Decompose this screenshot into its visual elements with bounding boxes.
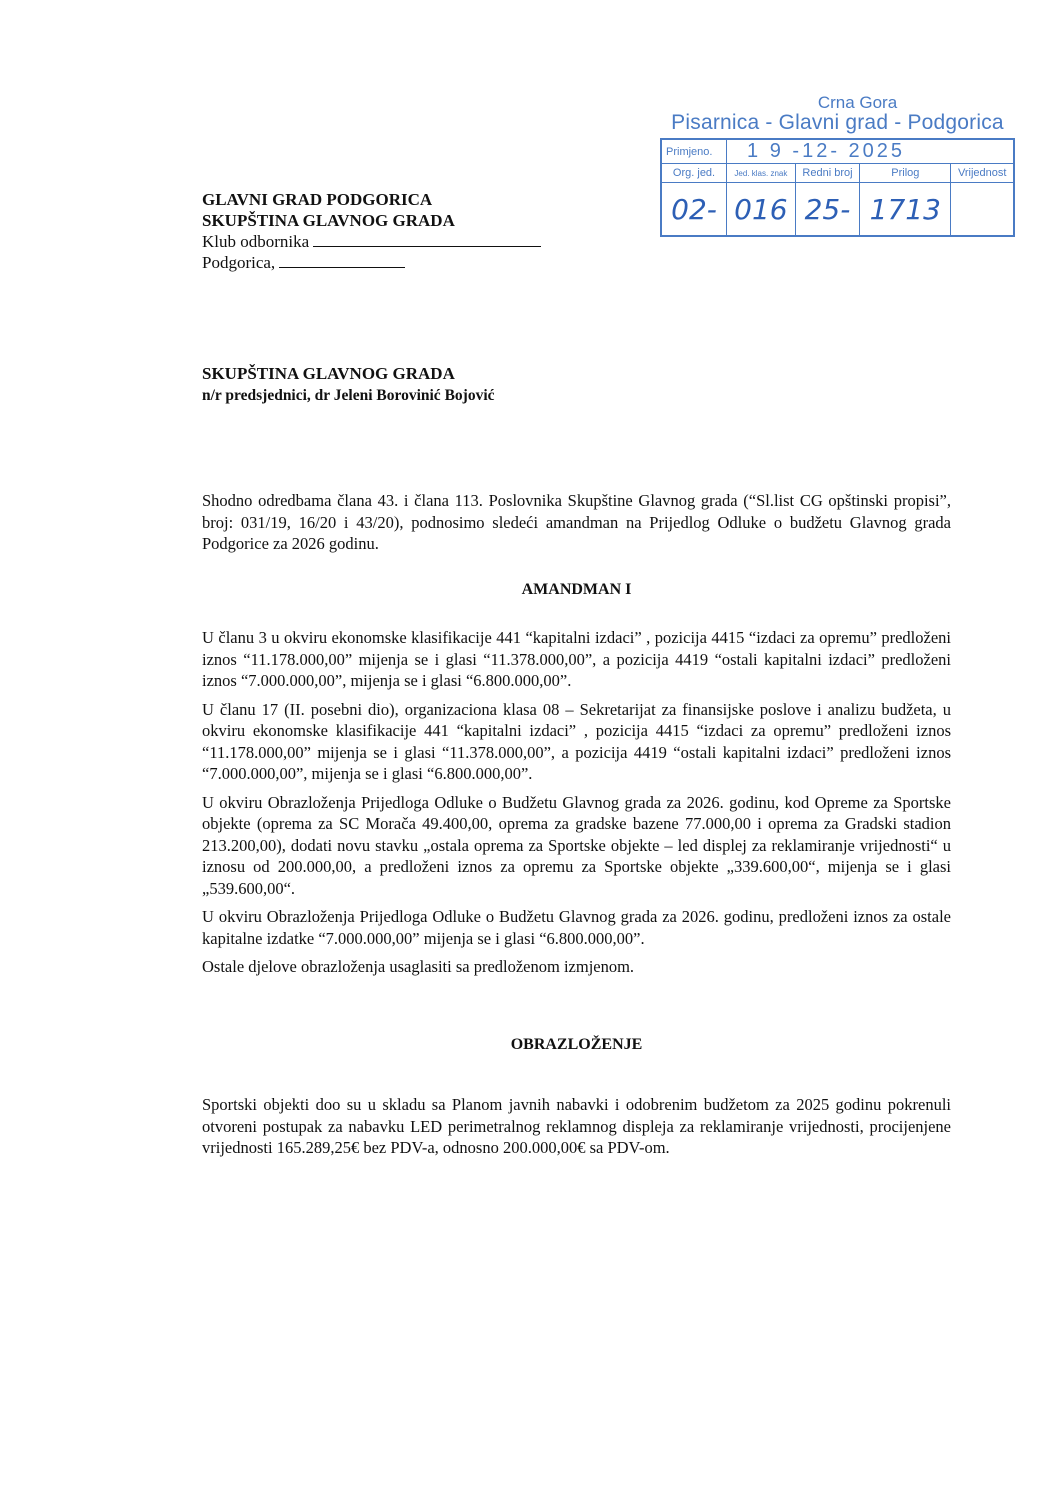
stamp-col-number: Redni broj <box>795 164 860 183</box>
intro-section: Shodno odredbama člana 43. i člana 113. … <box>202 490 951 562</box>
amendment-paragraph: U okviru Obrazloženja Prijedloga Odluke … <box>202 906 951 949</box>
club-label: Klub odbornika <box>202 232 309 251</box>
stamp-col-class: Jed. klas. znak <box>727 164 796 183</box>
amendment-paragraph: U okviru Obrazloženja Prijedloga Odluke … <box>202 792 951 900</box>
club-blank <box>313 232 541 247</box>
justification-section: Sportski objekti doo su u skladu sa Plan… <box>202 1094 951 1166</box>
stamp-hw-value <box>951 183 1014 237</box>
stamp-hw-org: 02- <box>661 183 727 237</box>
letterhead-assembly: SKUPŠTINA GLAVNOG GRADA <box>202 210 541 231</box>
place-label: Podgorica, <box>202 253 275 272</box>
amendment-title: AMANDMAN I <box>202 581 951 599</box>
stamp-col-value: Vrijednost <box>951 164 1014 183</box>
addressee-person: n/r predsjednici, dr Jeleni Borovinić Bo… <box>202 385 495 407</box>
stamp-table: Primjeno. 1 9 -12- 2025 Org. jed. Jed. k… <box>660 138 1015 237</box>
addressee: SKUPŠTINA GLAVNOG GRADA n/r predsjednici… <box>202 363 495 407</box>
stamp-received-date: 1 9 -12- 2025 <box>727 139 1014 164</box>
date-blank <box>279 253 405 268</box>
stamp-office: Pisarnica - Glavni grad - Podgorica <box>660 112 1015 134</box>
amendment-paragraph: U članu 3 u okviru ekonomske klasifikaci… <box>202 627 951 692</box>
stamp-col-attachment: Prilog <box>860 164 951 183</box>
intro-paragraph: Shodno odredbama člana 43. i člana 113. … <box>202 490 951 555</box>
place-line: Podgorica, <box>202 252 541 273</box>
stamp-hw-number: 25- <box>795 183 860 237</box>
stamp-country: Crna Gora <box>700 94 1015 112</box>
stamp-col-org: Org. jed. <box>661 164 727 183</box>
letterhead: GLAVNI GRAD PODGORICA SKUPŠTINA GLAVNOG … <box>202 189 541 273</box>
addressee-org: SKUPŠTINA GLAVNOG GRADA <box>202 363 495 385</box>
justification-paragraph: Sportski objekti doo su u skladu sa Plan… <box>202 1094 951 1159</box>
amendment-paragraph: Ostale djelove obrazloženja usaglasiti s… <box>202 956 951 978</box>
amendment-section: U članu 3 u okviru ekonomske klasifikaci… <box>202 627 951 985</box>
registry-stamp: Crna Gora Pisarnica - Glavni grad - Podg… <box>660 94 1015 237</box>
justification-title: OBRAZLOŽENJE <box>202 1036 951 1054</box>
amendment-paragraph: U članu 17 (II. posebni dio), organizaci… <box>202 699 951 785</box>
stamp-hw-attachment: 1713 <box>860 183 951 237</box>
club-line: Klub odbornika <box>202 231 541 252</box>
stamp-received-label: Primjeno. <box>661 139 727 164</box>
stamp-hw-class: 016 <box>727 183 796 237</box>
letterhead-city: GLAVNI GRAD PODGORICA <box>202 189 541 210</box>
